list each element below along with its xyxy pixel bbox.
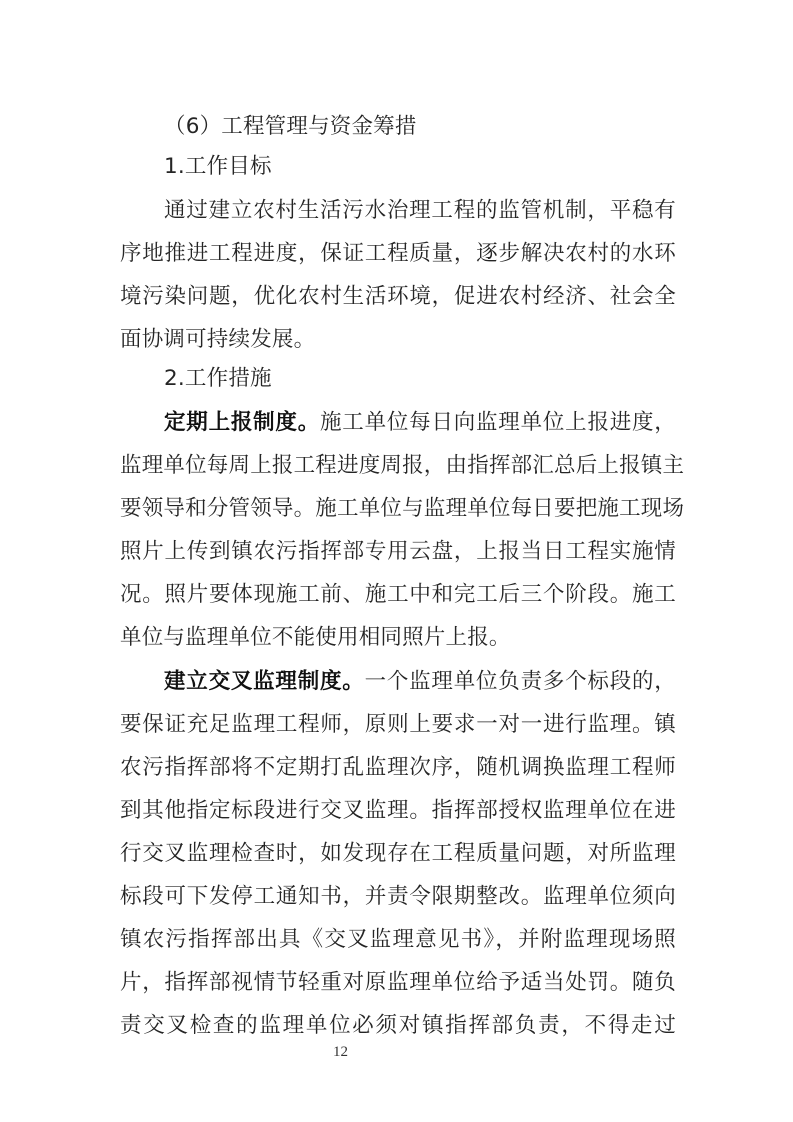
paragraph-2-line-1: 定期上报制度。施工单位每日向监理单位上报进度，: [164, 409, 676, 437]
paragraph-2-line-5: 况。照片要体现施工前、施工中和完工后三个阶段。施工: [120, 581, 676, 609]
paragraph-3-line-9: 责交叉检查的监理单位必须对镇指挥部负责，不得走过: [120, 1012, 676, 1040]
page-number: 12: [0, 1044, 793, 1061]
paragraph-3-first-line-text: 一个监理单位负责多个标段的，: [365, 669, 676, 694]
paragraph-2-first-line-text: 施工单位每日向监理单位上报进度，: [320, 410, 676, 435]
subheading-work-goals: 1.工作目标: [164, 153, 720, 181]
paragraph-3-line-2: 要保证充足监理工程师，原则上要求一对一进行监理。镇: [120, 711, 676, 739]
paragraph-1-line-1: 通过建立农村生活污水治理工程的监管机制，平稳有: [164, 197, 676, 225]
paragraph-3-line-7: 镇农污指挥部出具《交叉监理意见书》，并附监理现场照: [120, 926, 676, 954]
paragraph-3-line-1: 建立交叉监理制度。一个监理单位负责多个标段的，: [164, 668, 676, 696]
paragraph-2-line-3: 要领导和分管领导。施工单位与监理单位每日要把施工现场: [120, 495, 676, 523]
paragraph-3-bold-lead: 建立交叉监理制度。: [164, 669, 365, 694]
paragraph-3-line-4: 到其他指定标段进行交叉监理。指挥部授权监理单位在进: [120, 797, 676, 825]
paragraph-1-line-4: 面协调可持续发展。: [120, 326, 676, 354]
paragraph-3-line-6: 标段可下发停工通知书，并责令限期整改。监理单位须向: [120, 883, 676, 911]
page-number-text: 12: [333, 1044, 348, 1060]
paragraph-2-line-6: 单位与监理单位不能使用相同照片上报。: [120, 624, 676, 652]
document-page: （6）工程管理与资金筹措 1.工作目标 通过建立农村生活污水治理工程的监管机制，…: [0, 0, 793, 1122]
paragraph-2-line-2: 监理单位每周上报工程进度周报，由指挥部汇总后上报镇主: [120, 452, 676, 480]
paragraph-1-line-2: 序地推进工程进度，保证工程质量，逐步解决农村的水环: [120, 240, 676, 268]
paragraph-3-line-3: 农污指挥部将不定期打乱监理次序，随机调换监理工程师: [120, 754, 676, 782]
subheading-work-measures: 2.工作措施: [164, 365, 720, 393]
paragraph-2-bold-lead: 定期上报制度。: [164, 410, 320, 435]
paragraph-3-line-8: 片，指挥部视情节轻重对原监理单位给予适当处罚。随负: [120, 969, 676, 997]
section-heading: （6）工程管理与资金筹措: [164, 113, 720, 141]
paragraph-1-line-3: 境污染问题，优化农村生活环境，促进农村经济、社会全: [120, 283, 676, 311]
paragraph-2-line-4: 照片上传到镇农污指挥部专用云盘，上报当日工程实施情: [120, 538, 676, 566]
paragraph-3-line-5: 行交叉监理检查时，如发现存在工程质量问题，对所监理: [120, 840, 676, 868]
